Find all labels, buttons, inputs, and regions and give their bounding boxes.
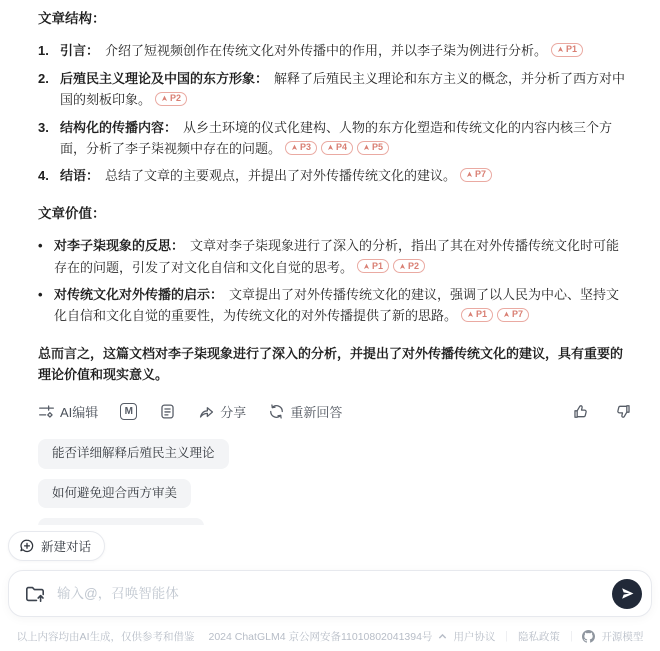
citation-badge[interactable]: P2 — [393, 259, 425, 273]
list-marker: • — [38, 235, 54, 278]
section-title-structure: 文章结构： — [38, 8, 632, 30]
item-lead: 对李子柒现象的反思： — [54, 238, 184, 253]
citation-arrow-icon — [467, 311, 474, 318]
citation-badge[interactable]: P1 — [551, 43, 583, 57]
list-marker: 1. — [38, 40, 60, 61]
send-icon — [620, 586, 635, 601]
citation-badge[interactable]: P3 — [285, 141, 317, 155]
folder-upload-icon — [24, 583, 46, 605]
chevron-up-icon[interactable] — [438, 632, 447, 641]
composer-area: 新建对话 — [8, 525, 652, 617]
chat-input[interactable] — [57, 586, 612, 601]
list-item-text: 后殖民主义理论及中国的东方形象：解释了后殖民主义理论和东方主义的概念，并分析了西… — [60, 68, 632, 111]
list-item: 2.后殖民主义理论及中国的东方形象：解释了后殖民主义理论和东方主义的概念，并分析… — [38, 68, 632, 111]
item-lead: 结构化的传播内容： — [60, 120, 177, 135]
citation-badge[interactable]: P7 — [460, 168, 492, 182]
ai-edit-label: AI编辑 — [60, 402, 98, 421]
section-title-value: 文章价值： — [38, 203, 632, 225]
new-chat-label: 新建对话 — [41, 537, 91, 555]
share-label: 分享 — [220, 402, 246, 421]
new-chat-icon — [19, 538, 35, 554]
list-marker: 2. — [38, 68, 60, 111]
citation-badge[interactable]: P5 — [357, 141, 389, 155]
ai-disclaimer: 以上内容均由AI生成，仅供参考和借鉴 — [17, 629, 195, 644]
citation-arrow-icon — [466, 171, 473, 178]
document-copy-icon — [159, 403, 176, 420]
value-list: •对李子柒现象的反思：文章对李子柒现象进行了深入的分析，指出了其在对外传播传统文… — [38, 235, 632, 327]
footer: 以上内容均由AI生成，仅供参考和借鉴 2024 ChatGLM4 京公网安备11… — [0, 629, 660, 644]
upload-attachment-button[interactable] — [24, 583, 46, 605]
ai-edit-button[interactable]: AI编辑 — [38, 400, 98, 423]
item-lead: 结语： — [60, 168, 99, 183]
footer-divider: ｜ — [501, 629, 512, 644]
thumbs-up-icon — [572, 403, 589, 420]
tune-icon — [38, 403, 55, 420]
citation-badge[interactable]: P4 — [321, 141, 353, 155]
citation-arrow-icon — [327, 144, 334, 151]
list-item: 1.引言：介绍了短视频创作在传统文化对外传播中的作用，并以李子柒为例进行分析。P… — [38, 40, 632, 61]
summary-paragraph: 总而言之，这篇文档对李子柒现象进行了深入的分析，并提出了对外传播传统文化的建议，… — [38, 343, 632, 386]
citation-arrow-icon — [503, 311, 510, 318]
message-toolbar: AI编辑 M 分享 — [38, 400, 632, 423]
list-item: •对传统文化对外传播的启示：文章提出了对外传播传统文化的建议，强调了以人民为中心… — [38, 284, 632, 327]
list-item: 4.结语：总结了文章的主要观点，并提出了对外传播传统文化的建议。P7 — [38, 165, 632, 186]
open-source-link[interactable]: 开源模型 — [601, 629, 643, 644]
send-button[interactable] — [612, 579, 642, 609]
structure-list: 1.引言：介绍了短视频创作在传统文化对外传播中的作用，并以李子柒为例进行分析。P… — [38, 40, 632, 187]
new-chat-button[interactable]: 新建对话 — [8, 531, 105, 561]
citation-badge[interactable]: P1 — [357, 259, 389, 273]
markdown-icon: M — [120, 403, 137, 420]
suggestion-chip[interactable]: 如何避免迎合西方审美 — [38, 479, 191, 509]
thumbs-down-icon — [615, 403, 632, 420]
citation-badge[interactable]: P2 — [155, 92, 187, 106]
citation-arrow-icon — [363, 263, 370, 270]
regenerate-label: 重新回答 — [290, 402, 342, 421]
list-marker: 3. — [38, 117, 60, 160]
list-item: •对李子柒现象的反思：文章对李子柒现象进行了深入的分析，指出了其在对外传播传统文… — [38, 235, 632, 278]
refresh-icon — [268, 403, 285, 420]
list-item-text: 结语：总结了文章的主要观点，并提出了对外传播传统文化的建议。P7 — [60, 165, 632, 186]
github-icon[interactable] — [582, 630, 595, 643]
item-lead: 后殖民主义理论及中国的东方形象： — [60, 71, 268, 86]
list-item: 3.结构化的传播内容：从乡土环境的仪式化建构、人物的东方化塑造和传统文化的内容内… — [38, 117, 632, 160]
list-marker: • — [38, 284, 54, 327]
list-item-text: 引言：介绍了短视频创作在传统文化对外传播中的作用，并以李子柒为例进行分析。P1 — [60, 40, 632, 61]
regenerate-button[interactable]: 重新回答 — [268, 400, 342, 423]
citation-arrow-icon — [399, 263, 406, 270]
copyright-text: 2024 ChatGLM4 京公网安备11010802041394号 — [208, 629, 432, 644]
citation-badge[interactable]: P1 — [461, 308, 493, 322]
assistant-message: 文章结构： 1.引言：介绍了短视频创作在传统文化对外传播中的作用，并以李子柒为例… — [0, 0, 660, 548]
citation-arrow-icon — [557, 46, 564, 53]
share-button[interactable]: 分享 — [198, 400, 246, 423]
copy-text-button[interactable] — [159, 401, 176, 422]
message-composer — [8, 570, 652, 617]
item-lead: 对传统文化对外传播的启示： — [54, 287, 223, 302]
thumbs-down-button[interactable] — [615, 401, 632, 422]
list-item-text: 对传统文化对外传播的启示：文章提出了对外传播传统文化的建议，强调了以人民为中心、… — [54, 284, 632, 327]
user-agreement-link[interactable]: 用户协议 — [453, 629, 495, 644]
citation-badge[interactable]: P7 — [497, 308, 529, 322]
privacy-policy-link[interactable]: 隐私政策 — [518, 629, 560, 644]
citation-arrow-icon — [161, 95, 168, 102]
citation-arrow-icon — [291, 144, 298, 151]
suggestion-chip[interactable]: 能否详细解释后殖民主义理论 — [38, 439, 229, 469]
list-item-text: 对李子柒现象的反思：文章对李子柒现象进行了深入的分析，指出了其在对外传播传统文化… — [54, 235, 632, 278]
thumbs-up-button[interactable] — [572, 401, 589, 422]
markdown-copy-button[interactable]: M — [120, 401, 137, 422]
share-icon — [198, 403, 215, 420]
citation-arrow-icon — [363, 144, 370, 151]
item-lead: 引言： — [60, 43, 99, 58]
chat-response-page: 文章结构： 1.引言：介绍了短视频创作在传统文化对外传播中的作用，并以李子柒为例… — [0, 0, 660, 651]
footer-divider: ｜ — [566, 629, 577, 644]
list-item-text: 结构化的传播内容：从乡土环境的仪式化建构、人物的东方化塑造和传统文化的内容内核三… — [60, 117, 632, 160]
list-marker: 4. — [38, 165, 60, 186]
